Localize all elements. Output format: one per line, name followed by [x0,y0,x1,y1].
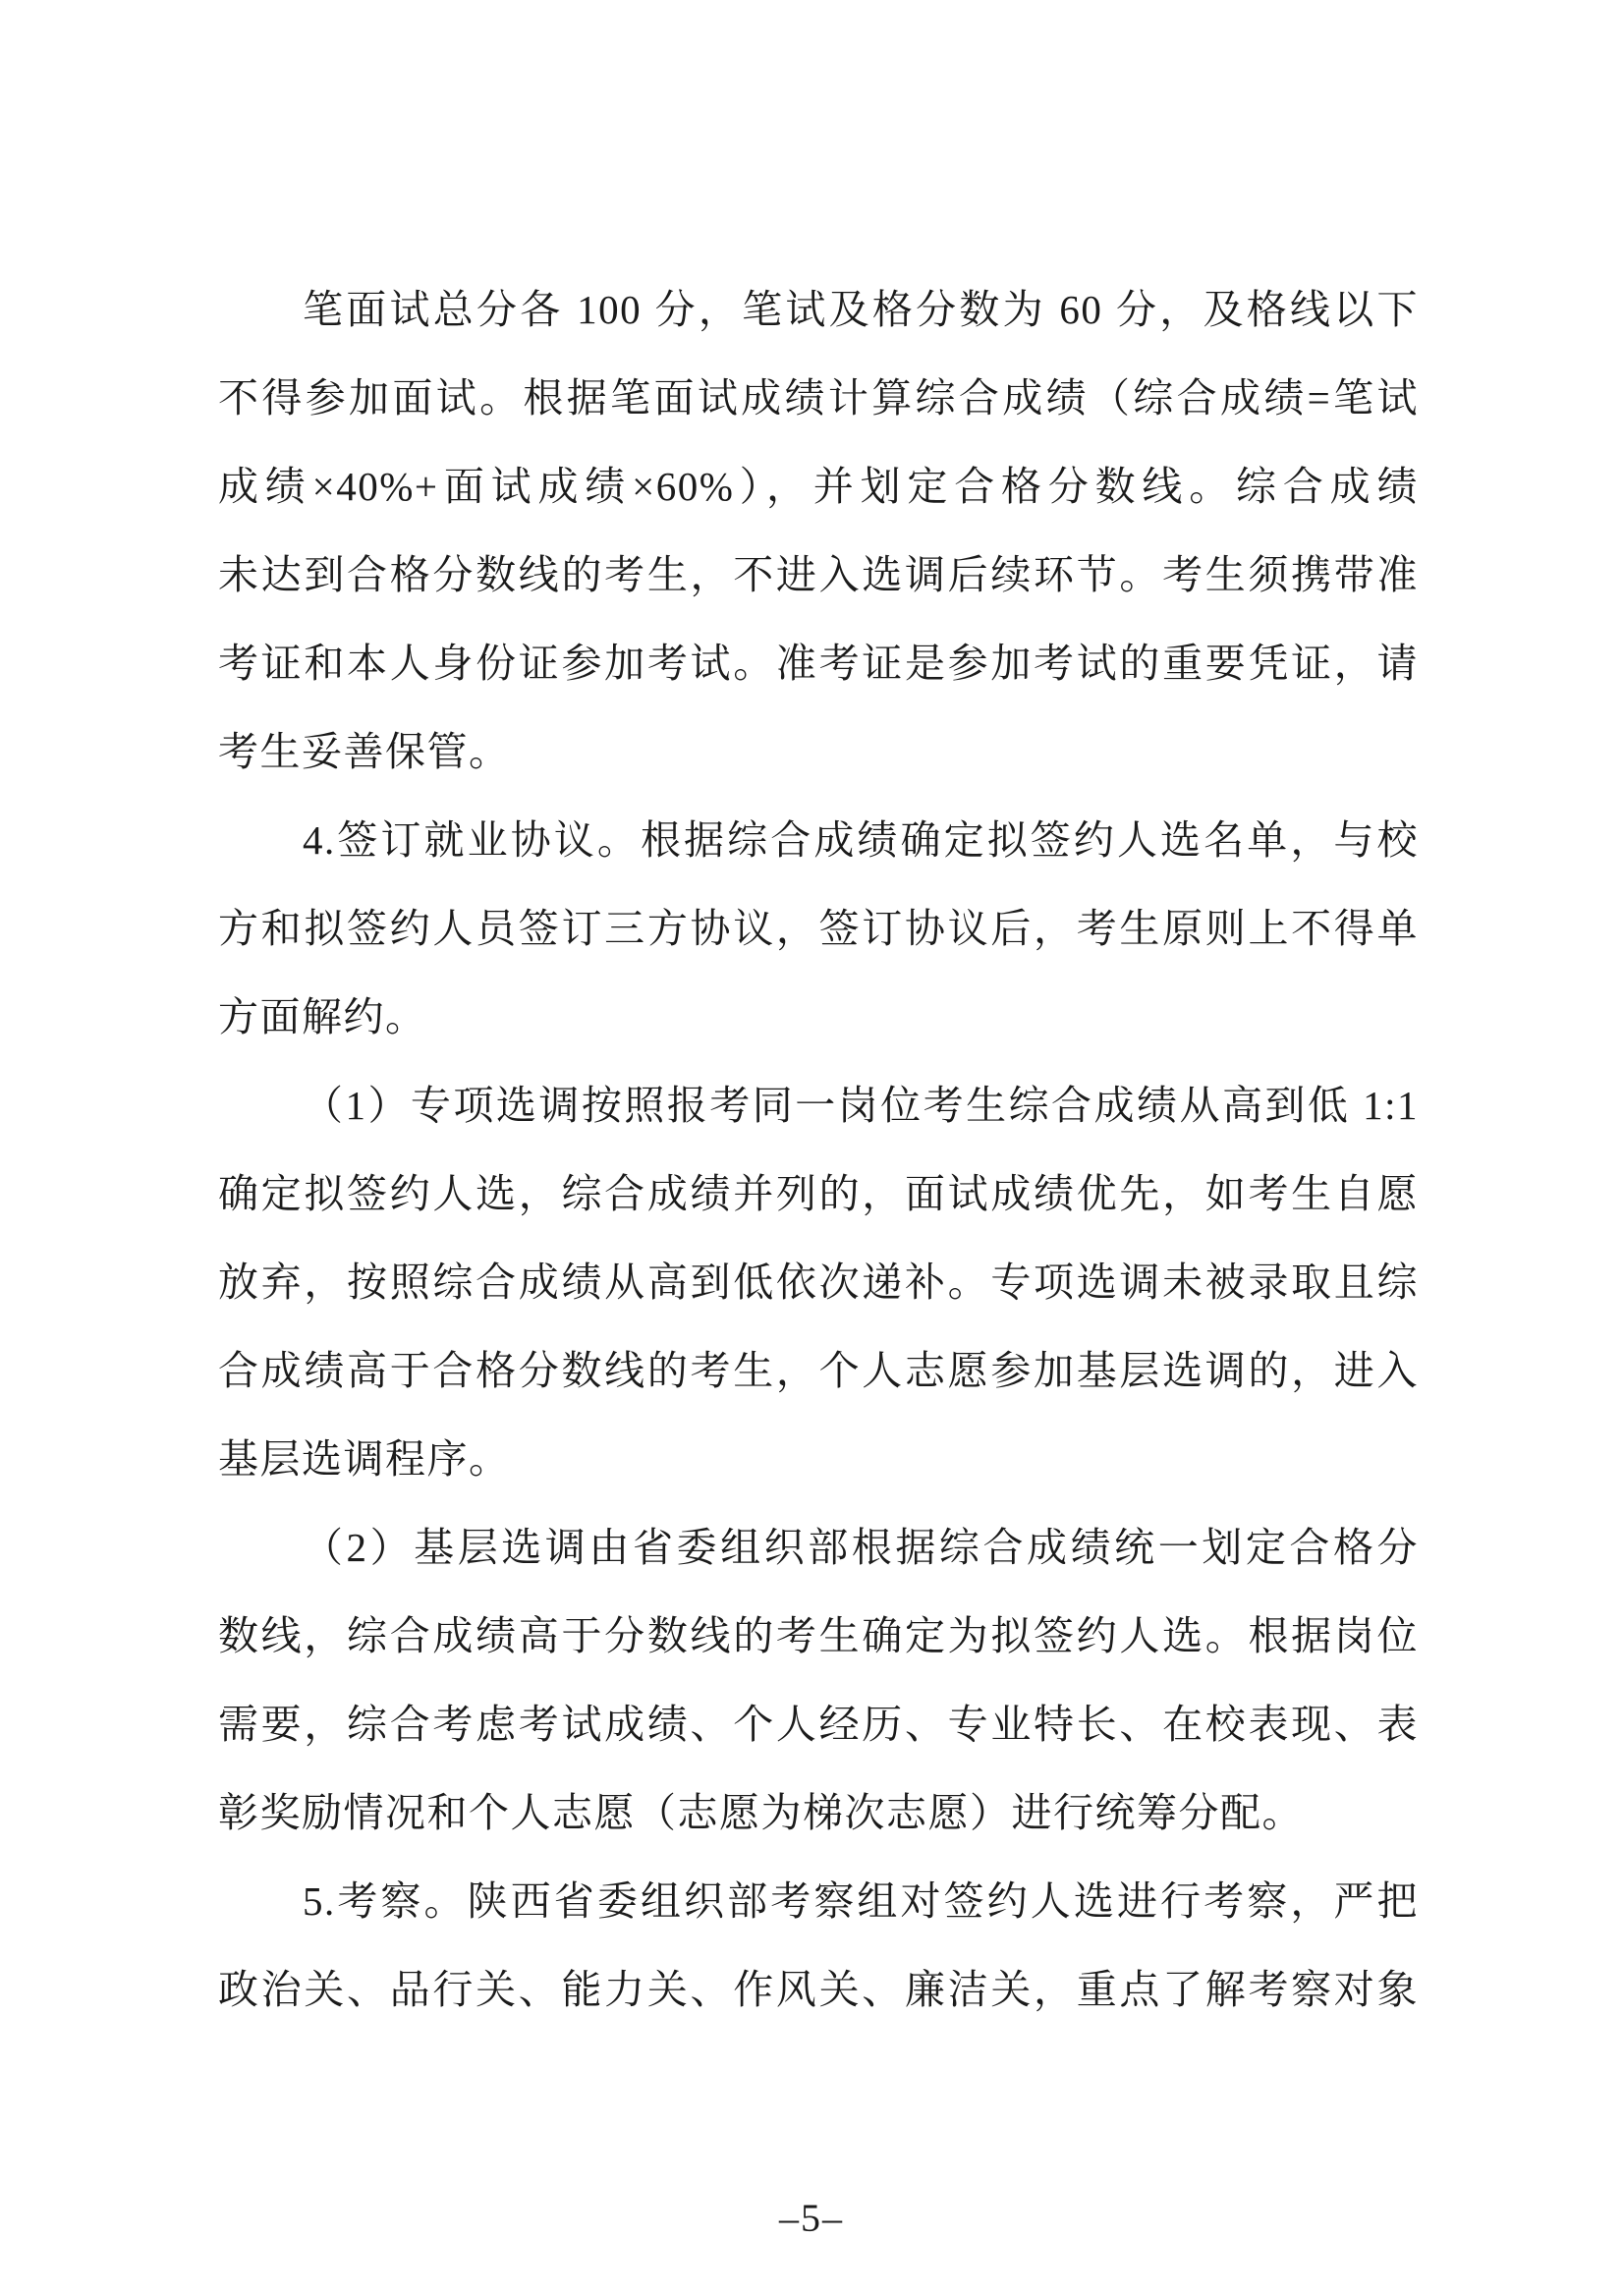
text-line: 笔面试总分各 100 分，笔试及格分数为 60 分，及格线以下 [218,265,1419,354]
text-line: 方面解约。 [218,973,1419,1061]
text-line: 考生妥善保管。 [218,707,1419,796]
text-line: 政治关、品行关、能力关、作风关、廉洁关，重点了解考察对象 [218,1945,1419,2034]
text-line: 成绩×40%+面试成绩×60%），并划定合格分数线。综合成绩 [218,442,1419,531]
text-line: 考证和本人身份证参加考试。准考证是参加考试的重要凭证，请 [218,619,1419,707]
text-line: 放弃，按照综合成绩从高到低依次递补。专项选调未被录取且综 [218,1238,1419,1326]
document-page: 笔面试总分各 100 分，笔试及格分数为 60 分，及格线以下不得参加面试。根据… [0,0,1623,2296]
document-body: 笔面试总分各 100 分，笔试及格分数为 60 分，及格线以下不得参加面试。根据… [218,265,1419,2034]
text-line: 基层选调程序。 [218,1415,1419,1503]
text-line: （2）基层选调由省委组织部根据综合成绩统一划定合格分 [218,1503,1419,1592]
text-line: （1）专项选调按照报考同一岗位考生综合成绩从高到低 1:1 [218,1061,1419,1149]
text-line: 不得参加面试。根据笔面试成绩计算综合成绩（综合成绩=笔试 [218,354,1419,442]
text-line: 确定拟签约人选，综合成绩并列的，面试成绩优先，如考生自愿 [218,1149,1419,1238]
text-line: 方和拟签约人员签订三方协议，签订协议后，考生原则上不得单 [218,884,1419,973]
text-line: 需要，综合考虑考试成绩、个人经历、专业特长、在校表现、表 [218,1680,1419,1768]
text-line: 4.签订就业协议。根据综合成绩确定拟签约人选名单，与校 [218,796,1419,884]
text-line: 彰奖励情况和个人志愿（志愿为梯次志愿）进行统筹分配。 [218,1768,1419,1857]
text-line: 未达到合格分数线的考生，不进入选调后续环节。考生须携带准 [218,531,1419,619]
text-line: 5.考察。陕西省委组织部考察组对签约人选进行考察，严把 [218,1857,1419,1945]
text-line: 数线，综合成绩高于分数线的考生确定为拟签约人选。根据岗位 [218,1592,1419,1680]
page-number: –5– [0,2195,1623,2241]
text-line: 合成绩高于合格分数线的考生，个人志愿参加基层选调的，进入 [218,1326,1419,1415]
